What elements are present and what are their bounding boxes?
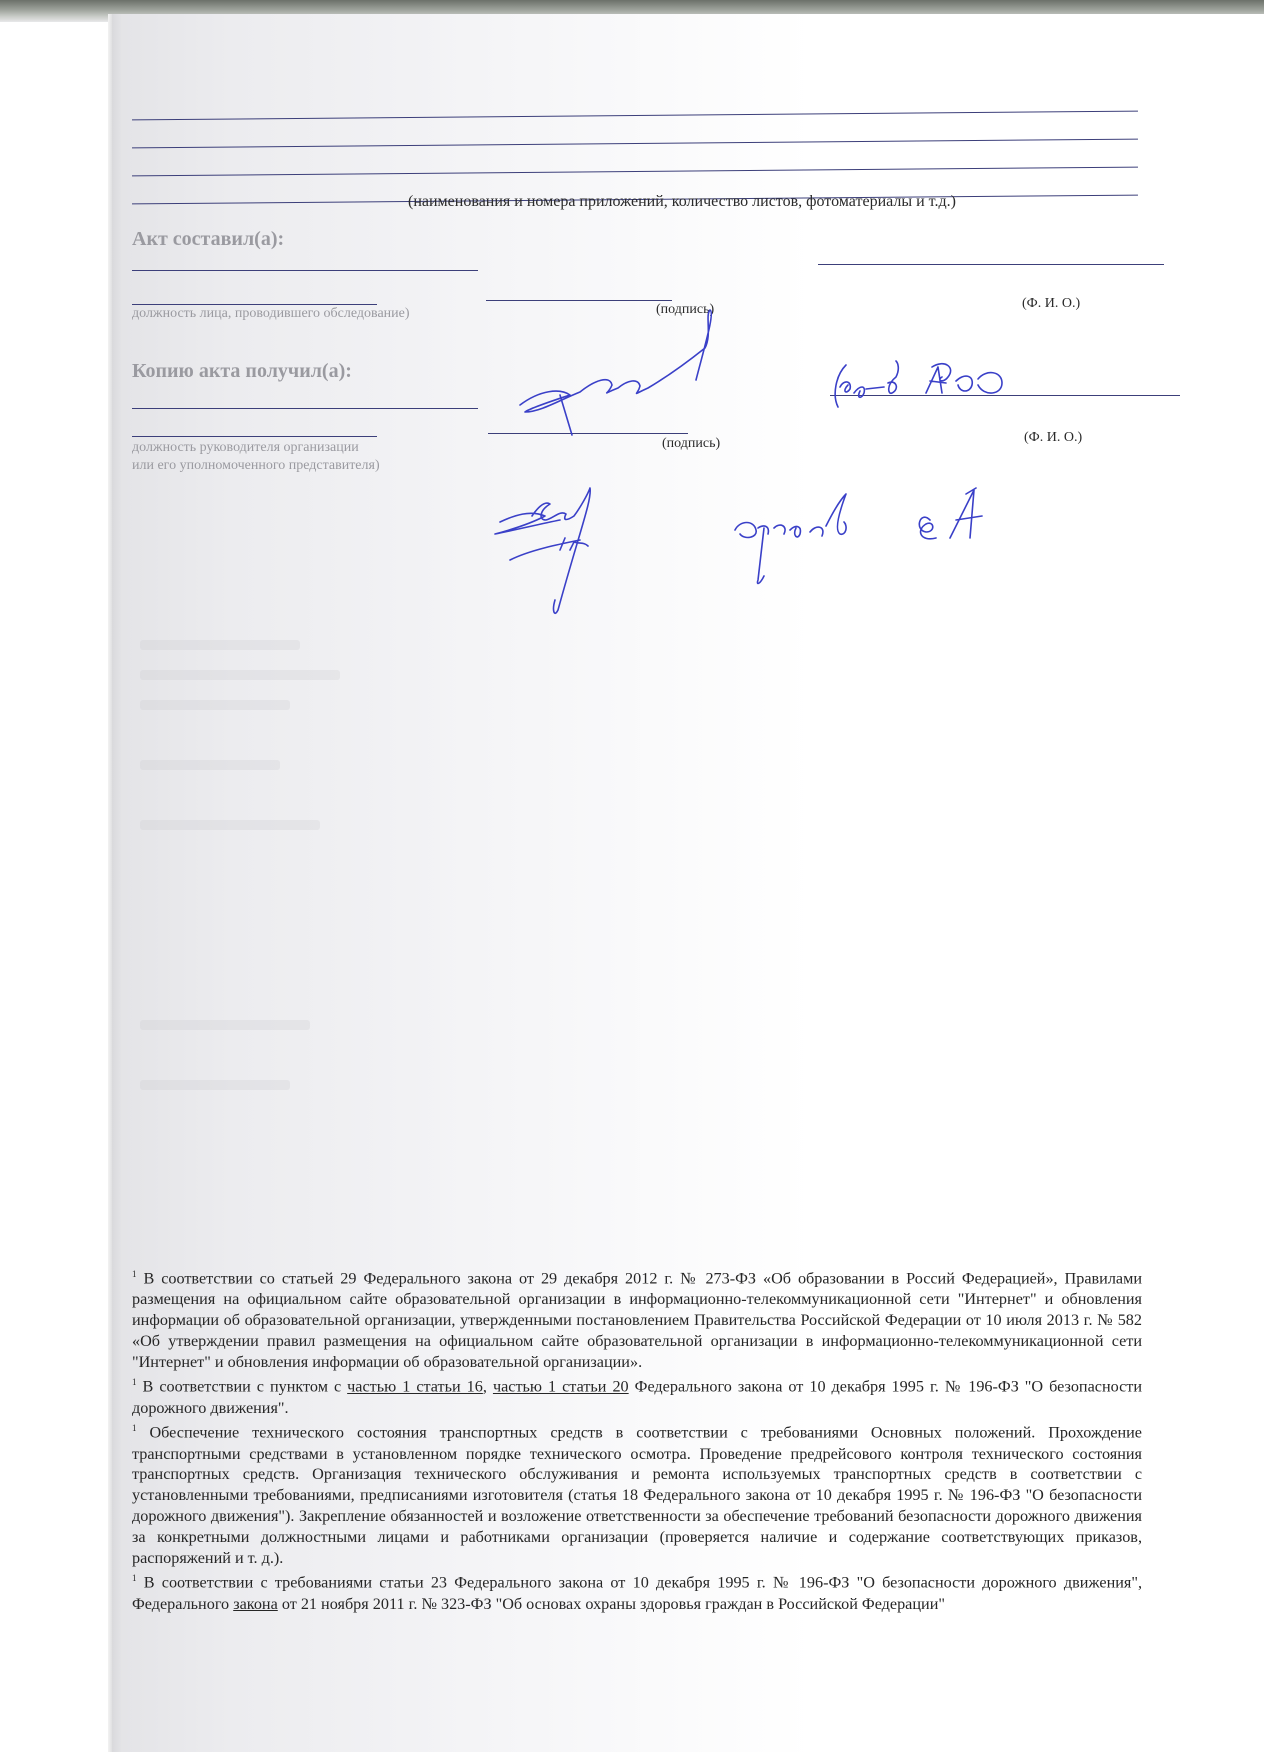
bleed-through-mark [140, 760, 280, 770]
recipient-name-caption: (Ф. И. О.) [1024, 430, 1082, 446]
law-link-article-16[interactable]: частью 1 статьи 16 [347, 1378, 483, 1396]
footnote-2: 1 В соответствии с пунктом с частью 1 ст… [132, 1372, 1142, 1418]
footnote-text: , [483, 1378, 493, 1396]
scanner-left-margin [0, 22, 112, 1752]
handwritten-name-recipient [826, 355, 1116, 425]
recipient-position-caption-1: должность руководителя организации [132, 440, 359, 456]
compiler-name-line [818, 264, 1164, 265]
footnote-4: 1 В соответствии с требованиями статьи 2… [132, 1568, 1142, 1614]
footnote-text: В соответствии со статьей 29 Федеральног… [132, 1269, 1142, 1370]
bleed-through-mark [140, 1080, 290, 1090]
footnote-text: от 21 ноября 2011 г. № 323-ФЗ "Об основа… [278, 1595, 945, 1613]
footnote-text: Обеспечение технического состояния транс… [132, 1424, 1142, 1567]
recipient-position-line-1 [132, 408, 478, 409]
bleed-through-mark [140, 700, 290, 710]
bleed-through-mark [140, 670, 340, 680]
bleed-through-mark [140, 820, 320, 830]
footnote-marker: 1 [132, 1269, 137, 1279]
footnote-marker: 1 [132, 1573, 137, 1583]
compiler-position-line-1 [132, 270, 478, 271]
compiler-name-caption: (Ф. И. О.) [1022, 296, 1080, 312]
footnote-3: 1 Обеспечение технического состояния тра… [132, 1418, 1142, 1568]
footnote-marker: 1 [132, 1423, 137, 1433]
compiler-position-line-2 [132, 304, 377, 305]
recipient-position-caption-2: или его уполномоченного представителя) [132, 458, 380, 474]
compiler-position-caption: должность лица, проводившего обследовани… [132, 306, 410, 322]
recipient-position-line-2 [132, 436, 377, 437]
handwritten-signature-recipient [500, 300, 800, 440]
attachments-caption: (наименования и номера приложений, колич… [408, 193, 956, 211]
footnote-marker: 1 [132, 1377, 137, 1387]
act-received-heading: Копию акта получил(а): [132, 360, 352, 383]
law-link-article-20[interactable]: частью 1 статьи 20 [493, 1378, 629, 1396]
bleed-through-mark [140, 1020, 310, 1030]
footnote-1: 1 В соответствии со статьей 29 Федеральн… [132, 1264, 1142, 1372]
handwritten-signature-bottom [470, 480, 650, 620]
handwritten-name-bottom [730, 480, 1050, 600]
act-compiled-heading: Акт составил(а): [132, 228, 284, 251]
bleed-through-mark [140, 640, 300, 650]
footnotes-block: 1 В соответствии со статьей 29 Федеральн… [132, 1264, 1142, 1614]
law-link-323[interactable]: закона [233, 1595, 278, 1613]
footnote-text: В соответствии с пунктом с [143, 1378, 348, 1396]
